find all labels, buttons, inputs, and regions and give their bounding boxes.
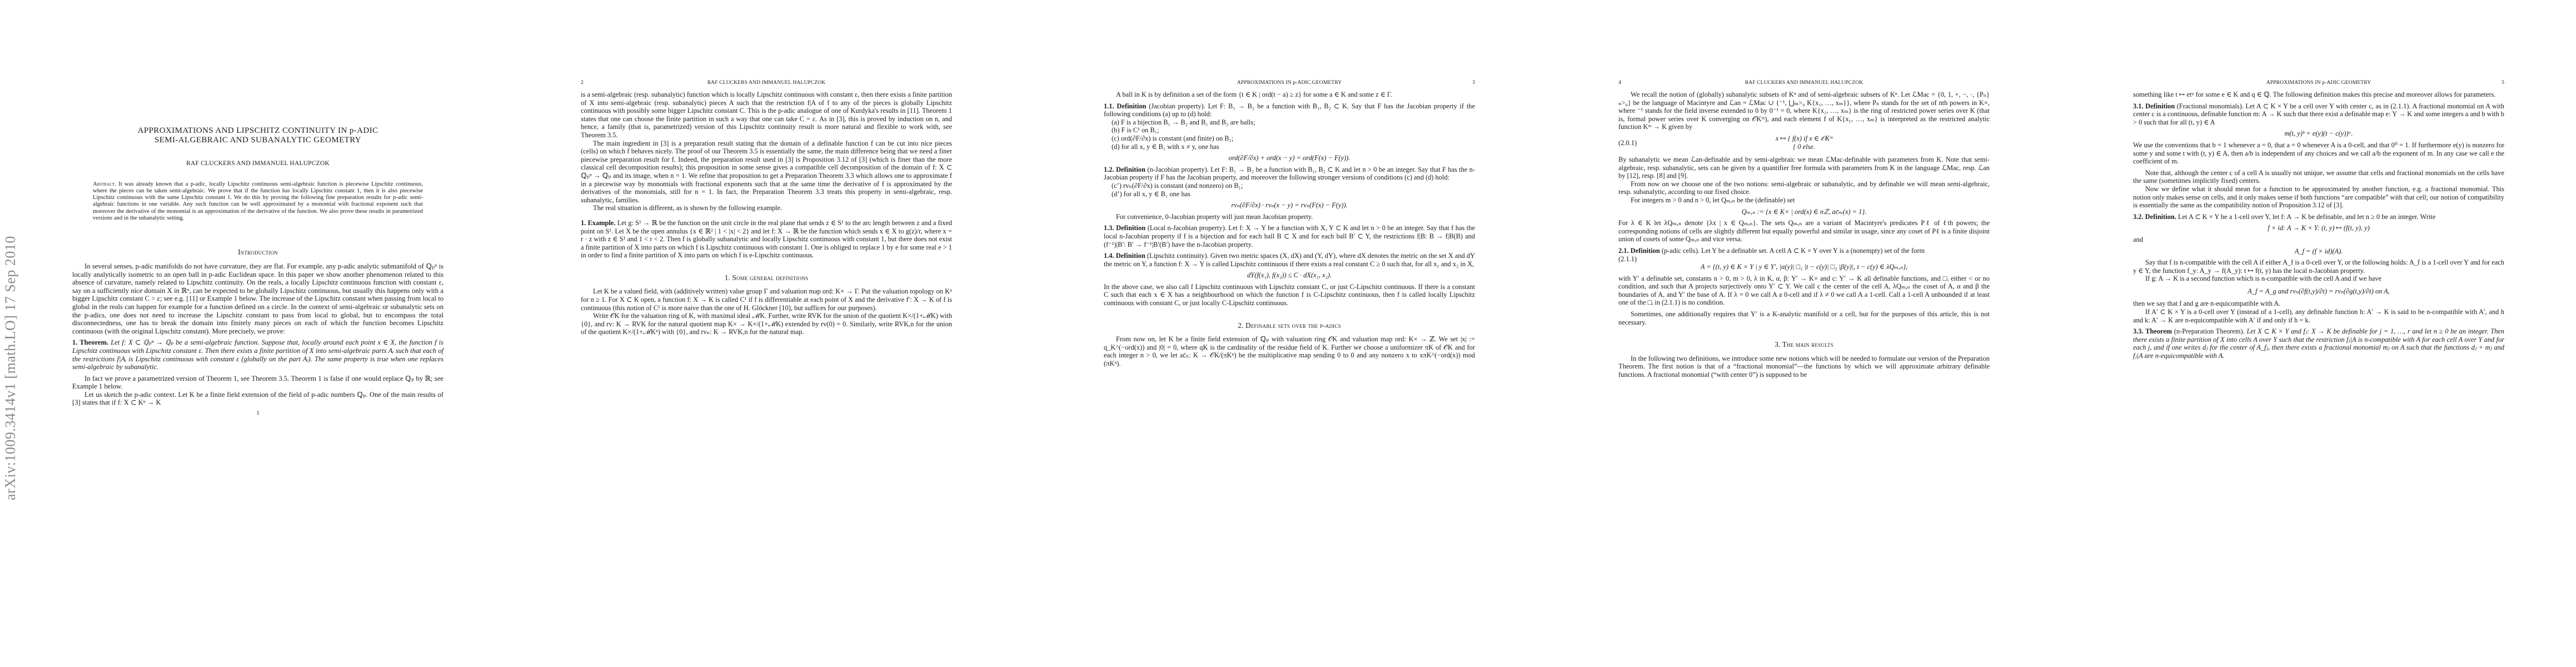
- definition-1-2-number: 1.2. Definition: [1104, 166, 1145, 173]
- definition-1-2: 1.2. Definition (n-Jacobian property). L…: [1104, 166, 1475, 182]
- page-2: 2 RAF CLUCKERS AND IMMANUEL HALUPCZOK is…: [515, 0, 1030, 667]
- page-5: APPROXIMATIONS IN p-ADIC GEOMETRY 5 some…: [2061, 0, 2576, 667]
- page-4: 4 RAF CLUCKERS AND IMMANUEL HALUPCZOK We…: [1546, 0, 2061, 667]
- page-3: APPROXIMATIONS IN p-ADIC GEOMETRY 3 A ba…: [1030, 0, 1546, 667]
- running-head-title: APPROXIMATIONS IN p-ADIC GEOMETRY: [2133, 79, 2504, 86]
- equation-number: (2.0.1): [1618, 139, 1637, 147]
- equation-number: (2.1.1): [1618, 255, 1990, 263]
- paper-title-line-1: APPROXIMATIONS AND LIPSCHITZ CONTINUITY …: [72, 126, 444, 136]
- paragraph: If A′ ⊂ K × Y is a 0-cell over Y (instea…: [2133, 308, 2504, 324]
- theorem-1-label: 1. Theorem.: [72, 339, 108, 346]
- running-head-title: RAF CLUCKERS AND IMMANUEL HALUPCZOK: [581, 79, 952, 86]
- definition-1-1-name: (Jacobian property).: [1149, 102, 1205, 110]
- theorem-3-3: 3.3. Theorem (n-Preparation Theorem). Le…: [2133, 327, 2504, 360]
- section-heading-1: 1. Some general definitions: [581, 274, 952, 282]
- example-1: 1. Example. Let g: S¹ → ℝ be the functio…: [581, 219, 952, 260]
- definition-1-2-conditions: (c’) rvₙ(∂F/∂x) is constant (and nonzero…: [1104, 182, 1475, 198]
- paragraph: then we say that f and g are n-equicompa…: [2133, 300, 2504, 308]
- paragraph: We recall the notion of (globally) suban…: [1618, 91, 1990, 131]
- equation-2-0-1: (2.0.1) x ↦ { f(x) if x ∈ 𝒪Kᵐ { 0 else.: [1618, 135, 1990, 152]
- definition-1-3-number: 1.3. Definition: [1104, 224, 1145, 232]
- page-1: arXiv:1009.3414v1 [math.LO] 17 Sep 2010 …: [0, 0, 515, 667]
- running-head-page-number: 5: [2502, 79, 2504, 86]
- equation: m(t, y)ᵇ = e(y)(t − c(y))ᵃ.: [2133, 130, 2504, 138]
- paragraph: For λ ∈ K let λQₘ,ₙ denote {λx | x ∈ Qₘ,…: [1618, 219, 1990, 243]
- definition-1-3-name: (Local n-Jacobian property).: [1148, 224, 1227, 232]
- theorem-3-3-name: (n-Preparation Theorem).: [2174, 327, 2245, 335]
- definition-1-4-number: 1.4. Definition: [1104, 252, 1145, 260]
- theorem-1-text: Let f: X ⊂ ℚₚⁿ → ℚₚ be a semi-algebraic …: [72, 339, 444, 371]
- connector-text: and: [2133, 236, 2504, 244]
- definition-3-2-label: 3.2. Definition.: [2133, 213, 2176, 221]
- equation-case-2: { 0 else.: [1618, 143, 1990, 151]
- paper-authors: RAF CLUCKERS AND IMMANUEL HALUPCZOK: [72, 160, 444, 168]
- running-head-page-number: 4: [1618, 79, 1621, 86]
- paragraph: something like t ↦ etᵠ for some e ∈ K an…: [2133, 91, 2504, 99]
- equation: Qₘ,ₙ := {x ∈ K× | ord(x) ∈ nℤ, ac̄ₘ(x) =…: [1618, 208, 1990, 216]
- example-1-label: 1. Example.: [581, 219, 615, 227]
- paper-title-line-2: SEMI-ALGEBRAIC AND SUBANALYTIC GEOMETRY: [72, 136, 444, 145]
- paragraph: is a semi-algebraic (resp. subanalytic) …: [581, 91, 952, 140]
- abstract: Abstract. It was already known that a p-…: [93, 181, 423, 222]
- condition-c-prime: (c’) rvₙ(∂F/∂x) is constant (and nonzero…: [1119, 182, 1475, 190]
- definition-3-1-name: (Fractional monomials).: [2177, 102, 2244, 110]
- page-4-body: We recall the notion of (globally) suban…: [1618, 91, 1990, 379]
- condition-d: (d) for all x, y ∈ B₁ with x ≠ y, one ha…: [1119, 143, 1475, 151]
- theorem-3-3-number: 3.3. Theorem: [2133, 327, 2172, 335]
- paragraph: with Y′ a definable set, constants n > 0…: [1618, 275, 1990, 307]
- definition-1-1: 1.1. Definition (Jacobian property). Let…: [1104, 102, 1475, 118]
- definition-2-1-text: Let Y be a definable set. A cell A ⊂ K ×…: [1701, 247, 1925, 255]
- paragraph: The real situation is different, as is s…: [581, 204, 952, 212]
- definition-1-3: 1.3. Definition (Local n-Jacobian proper…: [1104, 224, 1475, 248]
- definition-1-2-name: (n-Jacobian property).: [1147, 166, 1208, 173]
- section-heading-introduction: Introduction: [72, 248, 444, 257]
- definition-2-1-name: (p-adic cells).: [1662, 247, 1700, 255]
- definition-1-1-number: 1.1. Definition: [1104, 102, 1146, 110]
- definition-3-2-text: Let A ⊂ K × Y be a 1-cell over Y, let f:…: [2178, 213, 2435, 221]
- intro-paragraph: In several senses, p-adic manifolds do n…: [72, 262, 444, 335]
- paragraph: We use the conventions that b = 1 whenev…: [2133, 141, 2504, 166]
- equation: f × id: A → K × Y: (t, y) ↦ (f(t, y), y): [2133, 224, 2504, 232]
- theorem-1: 1. Theorem. Let f: X ⊂ ℚₚⁿ → ℚₚ be a sem…: [72, 339, 444, 371]
- running-head: 2 RAF CLUCKERS AND IMMANUEL HALUPCZOK: [581, 79, 952, 86]
- running-head: APPROXIMATIONS IN p-ADIC GEOMETRY 3: [1104, 79, 1475, 86]
- paragraph: From now on we choose one of the two not…: [1618, 180, 1990, 196]
- paragraph: The main ingredient in [3] is a preparat…: [581, 140, 952, 205]
- definition-3-2: 3.2. Definition. Let A ⊂ K × Y be a 1-ce…: [2133, 213, 2504, 221]
- equation: A_f = (f × id)(A).: [2133, 247, 2504, 256]
- equation: A_f = A_g and rvₙ(∂f(t,y)/∂t) = rvₙ(∂g(t…: [2133, 287, 2504, 296]
- definition-3-1-number: 3.1. Definition: [2133, 102, 2175, 110]
- paragraph: A ball in K is by definition a set of th…: [1104, 91, 1475, 99]
- definition-1-1-conditions: (a) F is a bijection B₁ → B₂ and B₁ and …: [1104, 118, 1475, 151]
- page-number: 1: [72, 409, 444, 417]
- abstract-text: It was already known that a p-adic, loca…: [93, 181, 423, 221]
- definition-1-4: 1.4. Definition (Lipschitz continuity). …: [1104, 252, 1475, 268]
- paragraph: In fact we prove a parametrized version …: [72, 375, 444, 391]
- condition-c: (c) ord(∂F/∂x) is constant (and finite) …: [1119, 135, 1475, 143]
- running-head-page-number: 3: [1472, 79, 1475, 86]
- running-head-title: APPROXIMATIONS IN p-ADIC GEOMETRY: [1104, 79, 1475, 86]
- page-2-body: is a semi-algebraic (resp. subanalytic) …: [581, 91, 952, 336]
- page-3-body: A ball in K is by definition a set of th…: [1104, 91, 1475, 368]
- condition-b: (b) F is C¹ on B₁;: [1119, 126, 1475, 135]
- paragraph: Write 𝒪K for the valuation ring of K, wi…: [581, 312, 952, 336]
- running-head: APPROXIMATIONS IN p-ADIC GEOMETRY 5: [2133, 79, 2504, 86]
- paragraph: Note that, although the center c of a ce…: [2133, 169, 2504, 185]
- definition-1-4-name: (Lipschitz continuity).: [1147, 252, 1209, 260]
- section-heading-3: 3. The main results: [1618, 341, 1990, 349]
- running-head-page-number: 2: [581, 79, 584, 86]
- condition-a: (a) F is a bijection B₁ → B₂ and B₁ and …: [1119, 118, 1475, 127]
- paragraph: For integers m > 0 and n > 0, let Qₘ,ₙ b…: [1618, 196, 1990, 205]
- equation-case-1: x ↦ { f(x) if x ∈ 𝒪Kᵐ: [1618, 135, 1990, 143]
- paragraph: For convenience, 0-Jacobian property wil…: [1104, 213, 1475, 221]
- definition-2-1-number: 2.1. Definition: [1618, 247, 1660, 255]
- arxiv-stamp: arXiv:1009.3414v1 [math.LO] 17 Sep 2010: [2, 236, 19, 500]
- paragraph: Now we define what it should mean for a …: [2133, 185, 2504, 210]
- condition-d-prime: (d’) for all x, y ∈ B₁ one has: [1119, 190, 1475, 198]
- paragraph: Let us sketch the p-adic context. Let K …: [72, 391, 444, 407]
- paragraph: If g: A → K is a second function which i…: [2133, 275, 2504, 283]
- example-1-text: Let g: S¹ → ℝ be the function on the uni…: [581, 219, 952, 259]
- section-heading-2: 2. Definable sets over the p-adics: [1104, 322, 1475, 330]
- abstract-label: Abstract.: [93, 181, 116, 187]
- running-head-title: RAF CLUCKERS AND IMMANUEL HALUPCZOK: [1618, 79, 1990, 86]
- equation: dY(f(x₁), f(x₂)) ≤ C · dX(x₁, x₂).: [1104, 271, 1475, 280]
- equation: rvₙ(∂F/∂x) · rvₙ(x − y) = rvₙ(F(x) − F(y…: [1104, 201, 1475, 210]
- running-head: 4 RAF CLUCKERS AND IMMANUEL HALUPCZOK: [1618, 79, 1990, 86]
- definition-2-1: 2.1. Definition (p-adic cells). Let Y be…: [1618, 247, 1990, 255]
- paragraph: From now on, let K be a finite field ext…: [1104, 335, 1475, 367]
- page-5-body: something like t ↦ etᵠ for some e ∈ K an…: [2133, 91, 2504, 360]
- paper-title: APPROXIMATIONS AND LIPSCHITZ CONTINUITY …: [72, 126, 444, 145]
- paragraph: Sometimes, one additionally requires tha…: [1618, 310, 1990, 326]
- page-1-column: APPROXIMATIONS AND LIPSCHITZ CONTINUITY …: [72, 126, 444, 417]
- paragraph: In the following two definitions, we int…: [1618, 355, 1990, 379]
- equation-2-1-1: A = {(t, y) ∈ K × Y | y ∈ Y′, |α(y)| □₁ …: [1618, 263, 1990, 271]
- equation: ord(∂F/∂x) + ord(x − y) = ord(F(x) − F(y…: [1104, 154, 1475, 162]
- definition-3-1: 3.1. Definition (Fractional monomials). …: [2133, 102, 2504, 127]
- paragraph: Let K be a valued field, with (additivel…: [581, 287, 952, 312]
- paragraph: By subanalytic we mean ℒan-definable and…: [1618, 156, 1990, 180]
- paragraph: Say that f is n-compatible with the cell…: [2133, 258, 2504, 275]
- paragraph: In the above case, we also call f Lipsch…: [1104, 283, 1475, 307]
